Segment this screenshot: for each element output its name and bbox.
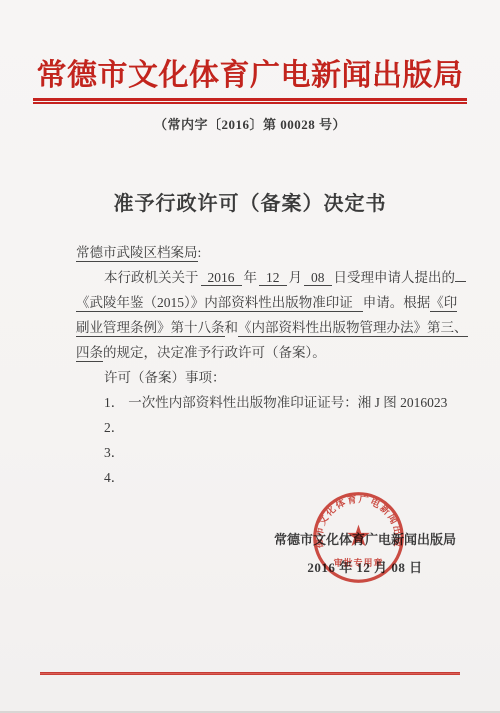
paragraph-line-4: 四条的规定，决定准予行政许可（备案）。 (76, 340, 466, 365)
field-month: 12 (259, 270, 287, 286)
day-unit-text: 日受理申请人提出的 (334, 270, 456, 285)
item-text: 一次性内部资料性出版物准印证证号：湘 J 图 2016023 (128, 395, 447, 410)
seal-star-icon: ★ (345, 521, 371, 553)
field-law1-rest: 刷业管理条例》第十八条 (76, 320, 225, 337)
seal-bottom-text: 审批专用章 (334, 557, 384, 568)
letterhead-org-title: 常德市文化体育广电新闻出版局 (0, 50, 500, 94)
list-item: 4． (76, 465, 466, 490)
list-item: 1．一次性内部资料性出版物准印证证号：湘 J 图 2016023 (76, 390, 466, 415)
recipient-colon: : (198, 245, 202, 260)
para-lead-text: 本行政机关关于 (104, 270, 199, 285)
permit-items-list: 1．一次性内部资料性出版物准印证证号：湘 J 图 2016023 2． 3． 4… (76, 390, 466, 490)
field-law2-rest: 四条 (76, 345, 103, 362)
official-seal: 常德市文化体育广电新闻出版局 ★ 审批专用章 (311, 488, 406, 587)
item-number: 2． (104, 420, 124, 435)
document-number: （常内字〔2016〕第 00028 号） (0, 114, 500, 133)
field-day: 08 (304, 270, 332, 286)
field-law1-open: 《印 (430, 295, 457, 312)
paragraph-line-2: 《武陵年鉴（2015）》内部资料性出版物准印证申请。根据《印 (76, 290, 466, 315)
scanned-official-document: 常德市文化体育广电新闻出版局 （常内字〔2016〕第 00028 号） 准予行政… (0, 0, 500, 713)
field-law2-first: 《内部资料性出版物管理办法》第三、 (238, 320, 468, 337)
paragraph-line-3: 刷业管理条例》第十八条和《内部资料性出版物管理办法》第三、 (76, 315, 466, 340)
recipient-line: 常德市武陵区档案局: (76, 240, 466, 265)
item-number: 4． (104, 470, 124, 485)
closing-text: 的规定，决定准予行政许可（备案）。 (103, 345, 326, 360)
document-title: 准予行政许可（备案）决定书 (0, 187, 500, 216)
year-unit-text: 年 (244, 270, 258, 285)
paragraph-line-1: 本行政机关关于2016年12月08日受理申请人提出的 (76, 265, 466, 290)
blank-underline (455, 268, 466, 282)
footer-divider (40, 672, 460, 675)
letterhead-divider (33, 98, 467, 104)
list-item: 3． (76, 440, 466, 465)
conjunction-text: 和 (225, 320, 239, 335)
recipient-name: 常德市武陵区档案局 (76, 245, 198, 262)
field-year: 2016 (201, 270, 242, 286)
field-application-name: 《武陵年鉴（2015）》内部资料性出版物准印证 (76, 295, 363, 312)
item-number: 1． (104, 395, 124, 410)
item-number: 3． (104, 445, 124, 460)
list-item: 2． (76, 415, 466, 440)
after-application-text: 申请。根据 (363, 295, 431, 310)
items-heading: 许可（备案）事项： (76, 365, 466, 390)
month-unit-text: 月 (289, 270, 303, 285)
document-body: 常德市武陵区档案局: 本行政机关关于2016年12月08日受理申请人提出的 《武… (76, 240, 466, 490)
